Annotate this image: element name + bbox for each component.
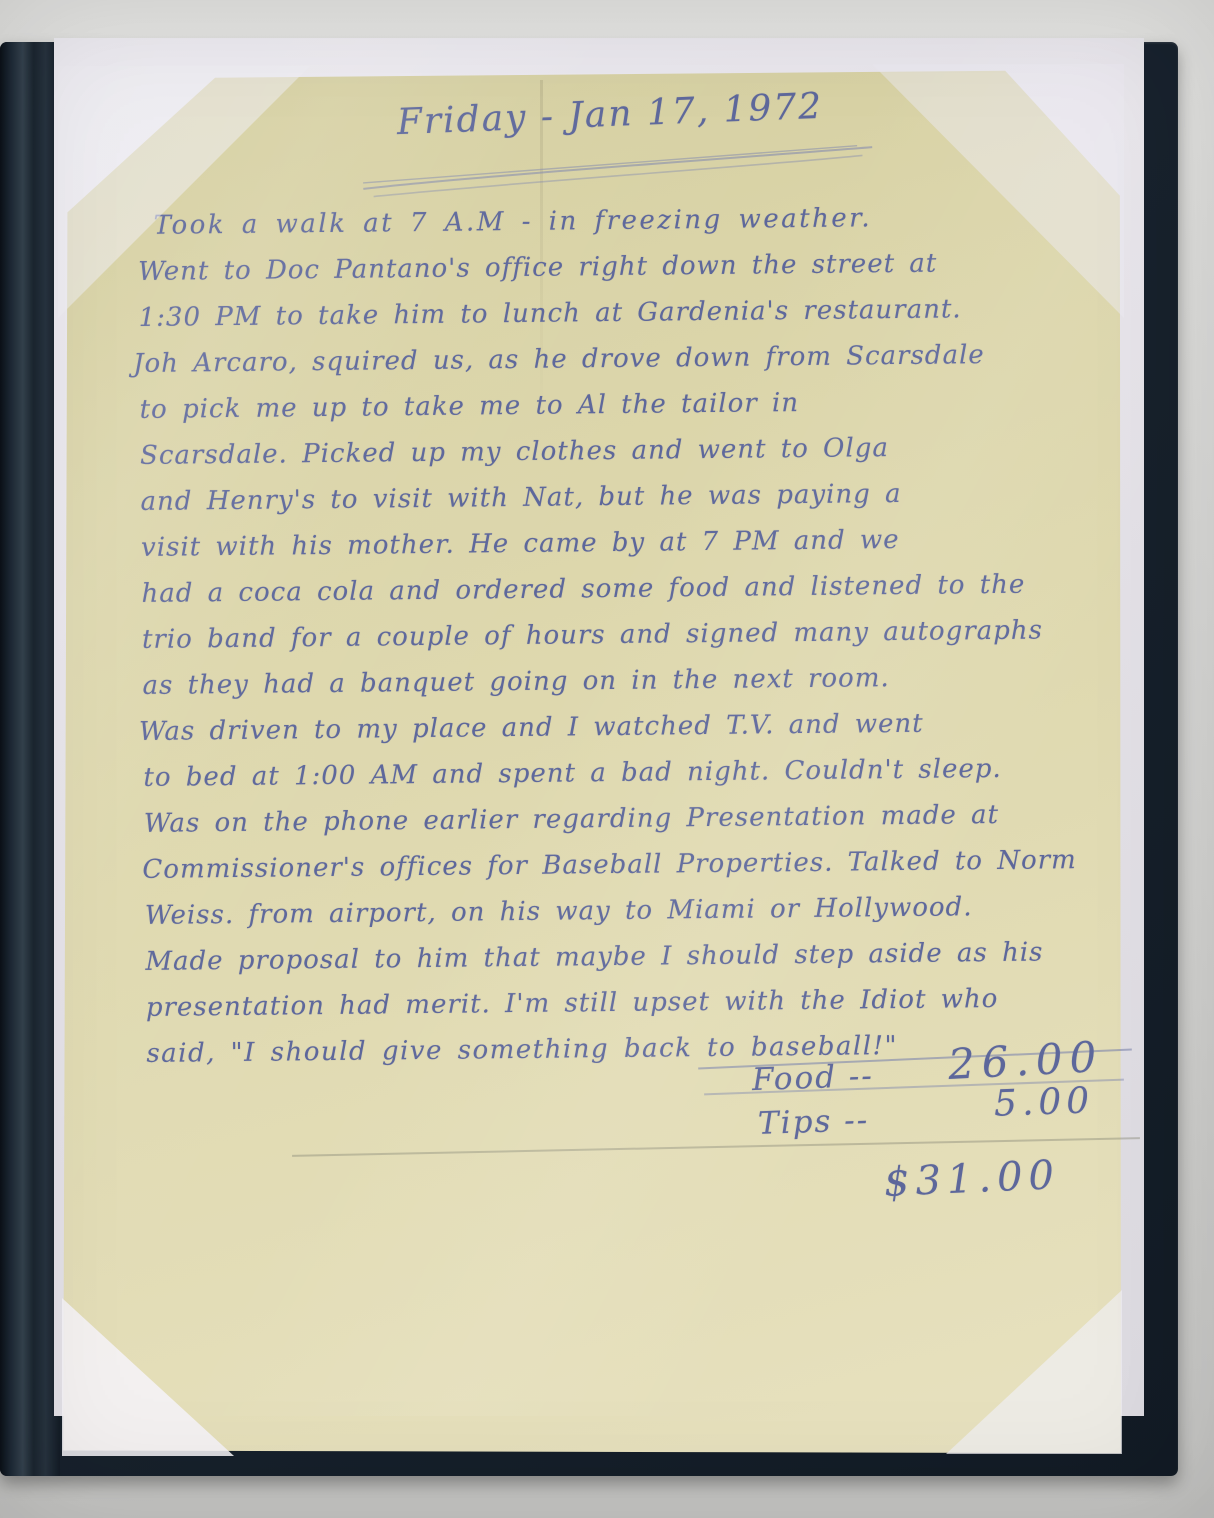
journal-line: trio band for a couple of hours and sign… bbox=[142, 607, 1082, 663]
expense-tips-amount: 5.00 bbox=[993, 1080, 1095, 1124]
journal-line: presentation had merit. I'm still upset … bbox=[146, 975, 1086, 1031]
binder-spine bbox=[0, 42, 60, 1476]
photo-of-journal: { "page": { "heading": "Friday - Jan 17,… bbox=[0, 0, 1214, 1518]
expense-food-label: Food -- bbox=[751, 1058, 874, 1098]
journal-line: said, "I should give something back to b… bbox=[146, 1021, 1086, 1077]
journal-body: Took a walk at 7 A.M - in freezing weath… bbox=[137, 193, 1086, 1077]
expense-total: $31.00 bbox=[883, 1152, 1061, 1206]
expense-tips-label: Tips -- bbox=[757, 1102, 869, 1142]
